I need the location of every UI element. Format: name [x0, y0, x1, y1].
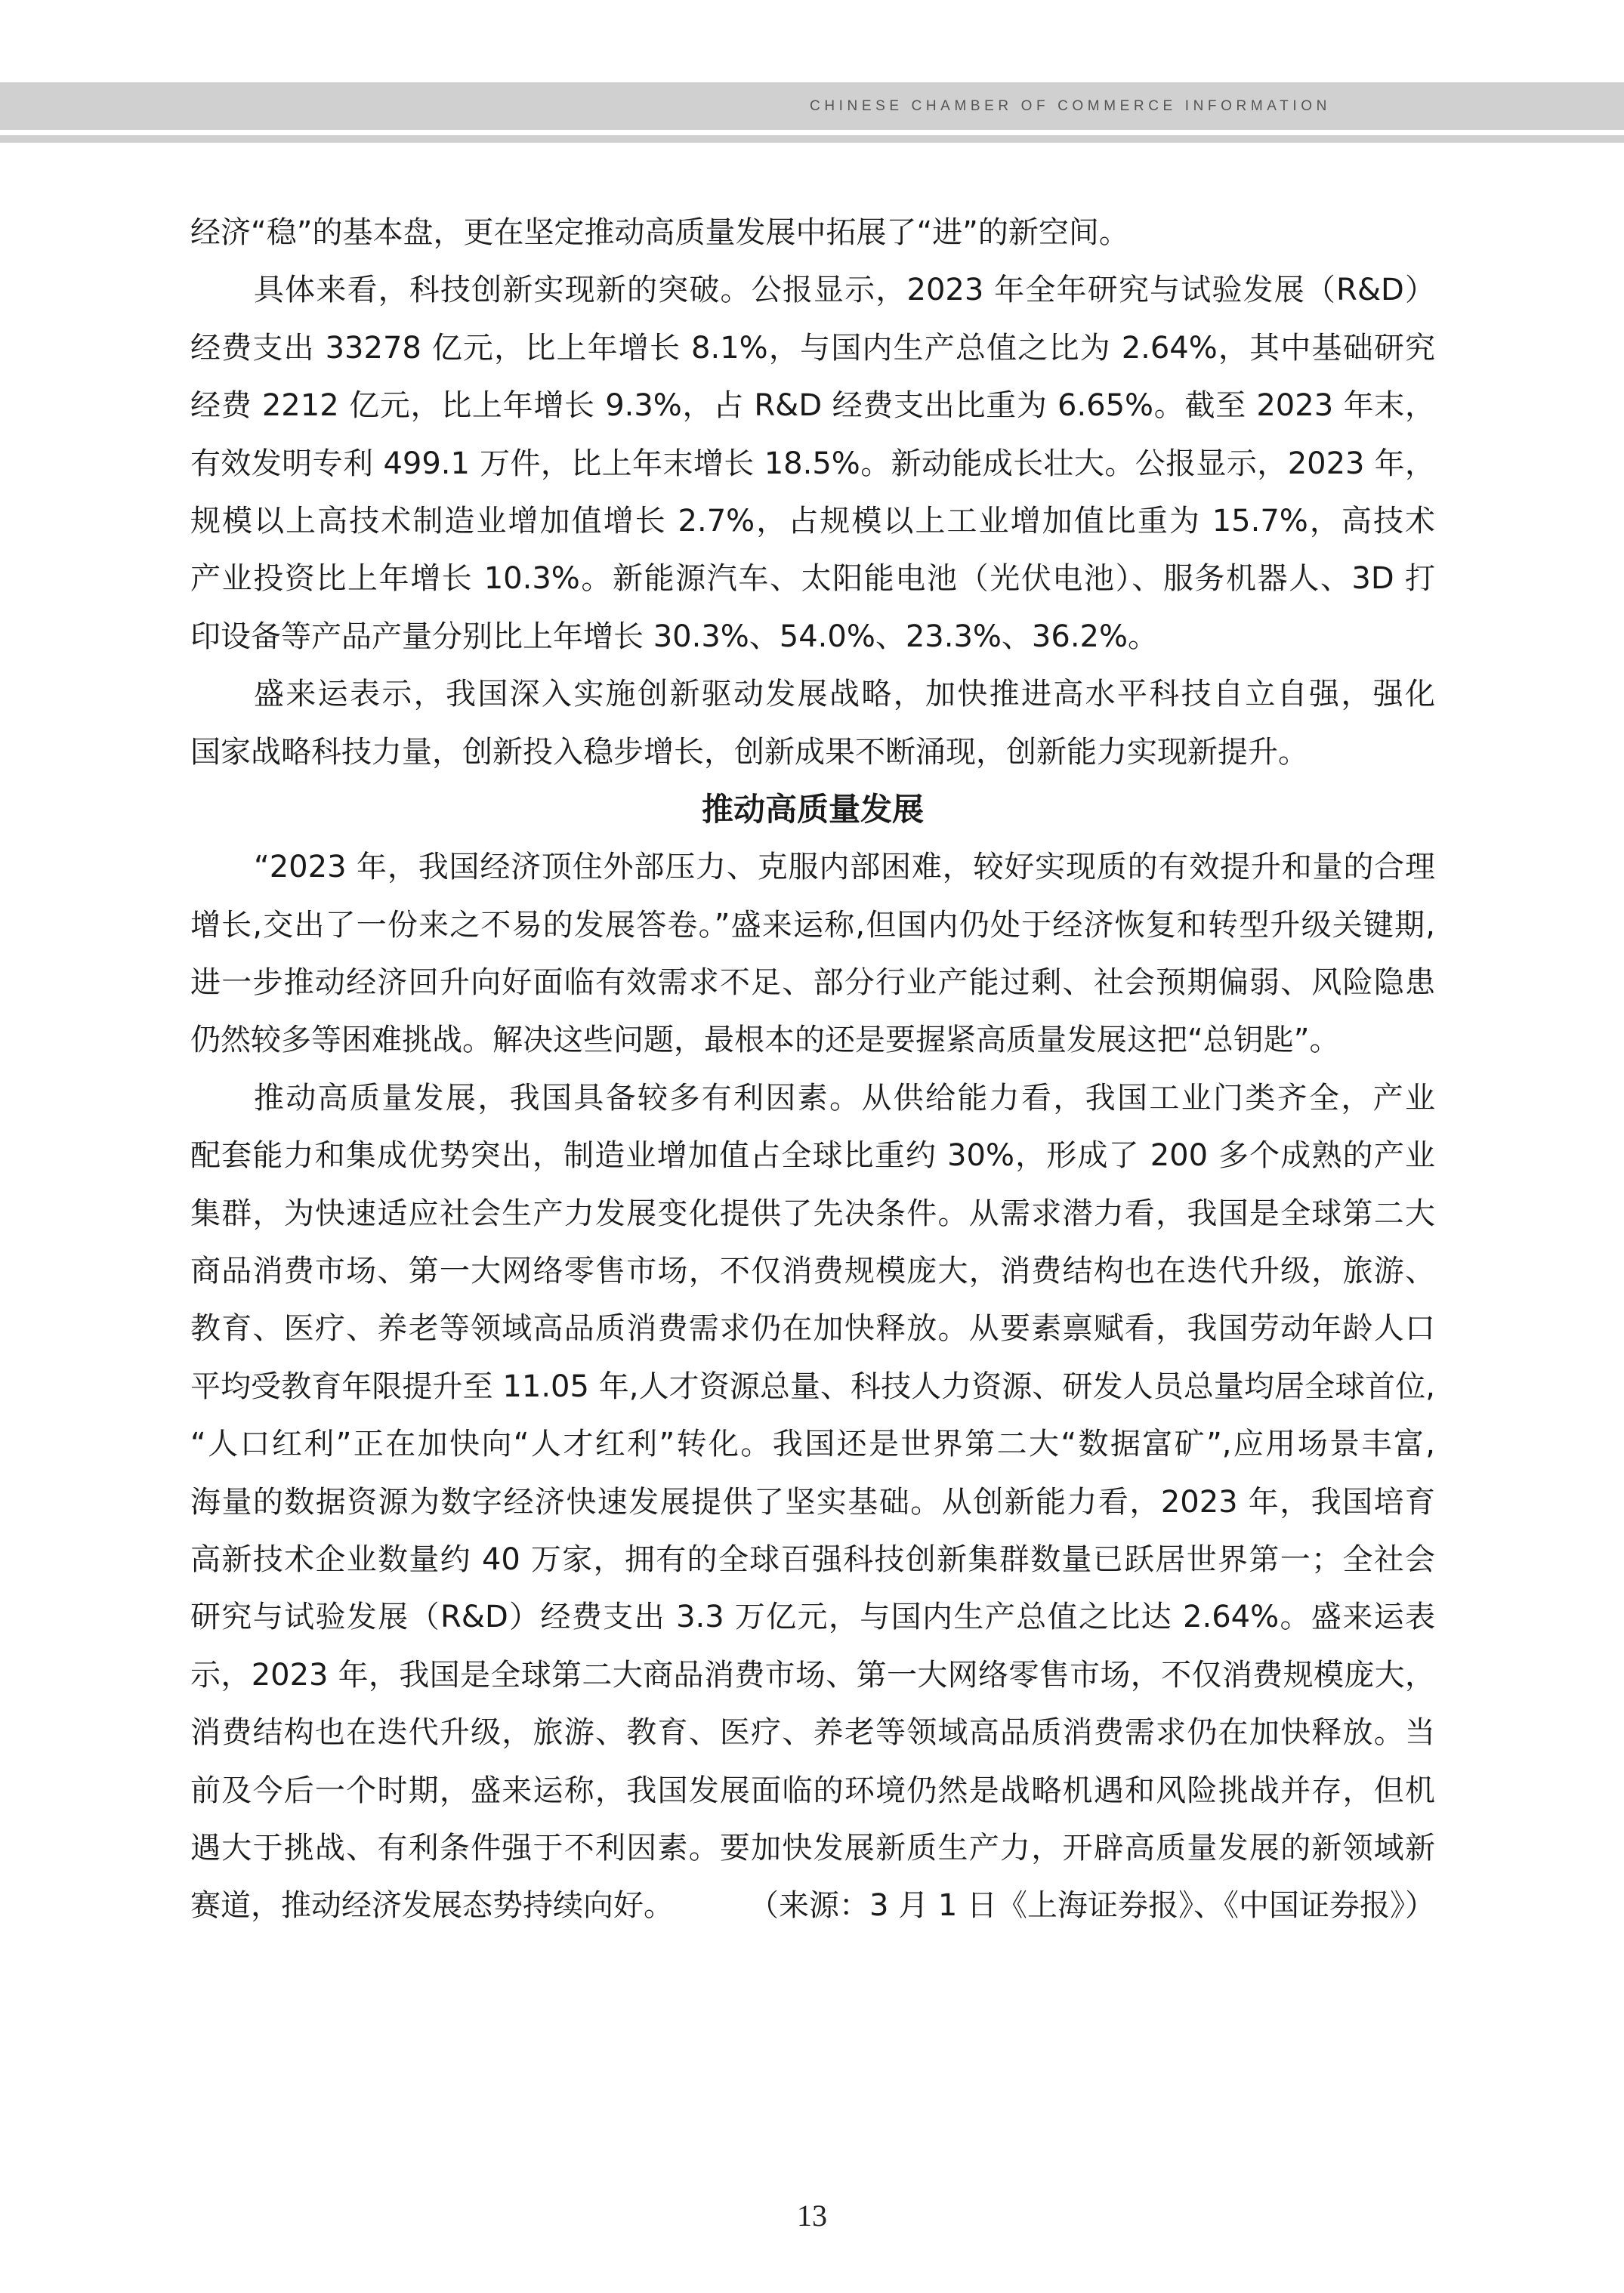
closing-text: 赛道，推动经济发展态势持续向好。	[190, 1877, 674, 1934]
text-line: 平均受教育年限提升至 11.05 年,人才资源总量、科技人力资源、研发人员总量均…	[190, 1358, 1435, 1415]
text-line: “2023 年，我国经济顶住外部压力、克服内部困难，较好实现质的有效提升和量的合…	[190, 838, 1435, 896]
text-line: 遇大于挑战、有利条件强于不利因素。要加快发展新质生产力，开辟高质量发展的新领域新	[190, 1819, 1435, 1877]
source-note: （来源：3 月 1 日《上海证券报》、《中国证券报》）	[749, 1877, 1435, 1934]
text-line: 产业投资比上年增长 10.3%。新能源汽车、太阳能电池（光伏电池）、服务机器人、…	[190, 550, 1435, 607]
text-line: 集群，为快速适应社会生产力发展变化提供了先决条件。从需求潜力看，我国是全球第二大	[190, 1185, 1435, 1242]
paragraph-2: 具体来看，科技创新实现新的突破。公报显示，2023 年全年研究与试验发展（R&D…	[190, 261, 1435, 665]
page-number: 13	[0, 2198, 1624, 2233]
text-line: 海量的数据资源为数字经济快速发展提供了坚实基础。从创新能力看，2023 年，我国…	[190, 1474, 1435, 1531]
text-line: 有效发明专利 499.1 万件，比上年末增长 18.5%。新动能成长壮大。公报显…	[190, 435, 1435, 492]
text-line: 规模以上高技术制造业增加值增长 2.7%，占规模以上工业增加值比重为 15.7%…	[190, 492, 1435, 550]
text-line: 仍然较多等困难挑战。解决这些问题，最根本的还是要握紧高质量发展这把“总钥匙”。	[190, 1011, 1435, 1069]
text-line: 消费结构也在迭代升级，旅游、教育、医疗、养老等领域高品质消费需求仍在加快释放。当	[190, 1704, 1435, 1761]
text-line: 经费支出 33278 亿元，比上年增长 8.1%，与国内生产总值之比为 2.64…	[190, 319, 1435, 377]
text-line: 增长,交出了一份来之不易的发展答卷。”盛来运称,但国内仍处于经济恢复和转型升级关…	[190, 897, 1435, 954]
closing-line: 赛道，推动经济发展态势持续向好。 （来源：3 月 1 日《上海证券报》、《中国证…	[190, 1877, 1435, 1934]
paragraph-4: “2023 年，我国经济顶住外部压力、克服内部困难，较好实现质的有效提升和量的合…	[190, 838, 1435, 1069]
text-line: 前及今后一个时期，盛来运称，我国发展面临的环境仍然是战略机遇和风险挑战并存，但机	[190, 1762, 1435, 1819]
text-line: 商品消费市场、第一大网络零售市场，不仅消费规模庞大，消费结构也在迭代升级，旅游、	[190, 1242, 1435, 1300]
running-title: CHINESE CHAMBER OF COMMERCE INFORMATION	[810, 97, 1422, 116]
text-line: 教育、医疗、养老等领域高品质消费需求仍在加快释放。从要素禀赋看，我国劳动年龄人口	[190, 1300, 1435, 1357]
section-heading: 推动高质量发展	[190, 781, 1435, 838]
text-line: 盛来运表示，我国深入实施创新驱动发展战略，加快推进高水平科技自立自强，强化	[190, 665, 1435, 723]
text-line: 示，2023 年，我国是全球第二大商品消费市场、第一大网络零售市场，不仅消费规模…	[190, 1646, 1435, 1704]
text-line: 经济“稳”的基本盘，更在坚定推动高质量发展中拓展了“进”的新空间。	[190, 204, 1435, 261]
text-line: “人口红利”正在加快向“人才红利”转化。我国还是世界第二大“数据富矿”,应用场景…	[190, 1415, 1435, 1473]
text-line: 印设备等产品产量分别比上年增长 30.3%、54.0%、23.3%、36.2%。	[190, 608, 1435, 665]
paragraph-1: 经济“稳”的基本盘，更在坚定推动高质量发展中拓展了“进”的新空间。	[190, 204, 1435, 261]
paragraph-5: 推动高质量发展，我国具备较多有利因素。从供给能力看，我国工业门类齐全，产业 配套…	[190, 1069, 1435, 1935]
article-body: 经济“稳”的基本盘，更在坚定推动高质量发展中拓展了“进”的新空间。 具体来看，科…	[190, 204, 1435, 1935]
text-line: 研究与试验发展（R&D）经费支出 3.3 万亿元，与国内生产总值之比达 2.64…	[190, 1588, 1435, 1646]
text-line: 配套能力和集成优势突出，制造业增加值占全球比重约 30%，形成了 200 多个成…	[190, 1127, 1435, 1184]
header-stripe	[0, 135, 1624, 143]
text-line: 国家战略科技力量，创新投入稳步增长，创新成果不断涌现，创新能力实现新提升。	[190, 724, 1435, 781]
text-line: 进一步推动经济回升向好面临有效需求不足、部分行业产能过剩、社会预期偏弱、风险隐患	[190, 954, 1435, 1011]
text-line: 高新技术企业数量约 40 万家，拥有的全球百强科技创新集群数量已跃居世界第一；全…	[190, 1531, 1435, 1588]
text-line: 经费 2212 亿元，比上年增长 9.3%，占 R&D 经费支出比重为 6.65…	[190, 377, 1435, 434]
paragraph-3: 盛来运表示，我国深入实施创新驱动发展战略，加快推进高水平科技自立自强，强化 国家…	[190, 665, 1435, 781]
text-line: 推动高质量发展，我国具备较多有利因素。从供给能力看，我国工业门类齐全，产业	[190, 1069, 1435, 1127]
text-line: 具体来看，科技创新实现新的突破。公报显示，2023 年全年研究与试验发展（R&D…	[190, 261, 1435, 319]
